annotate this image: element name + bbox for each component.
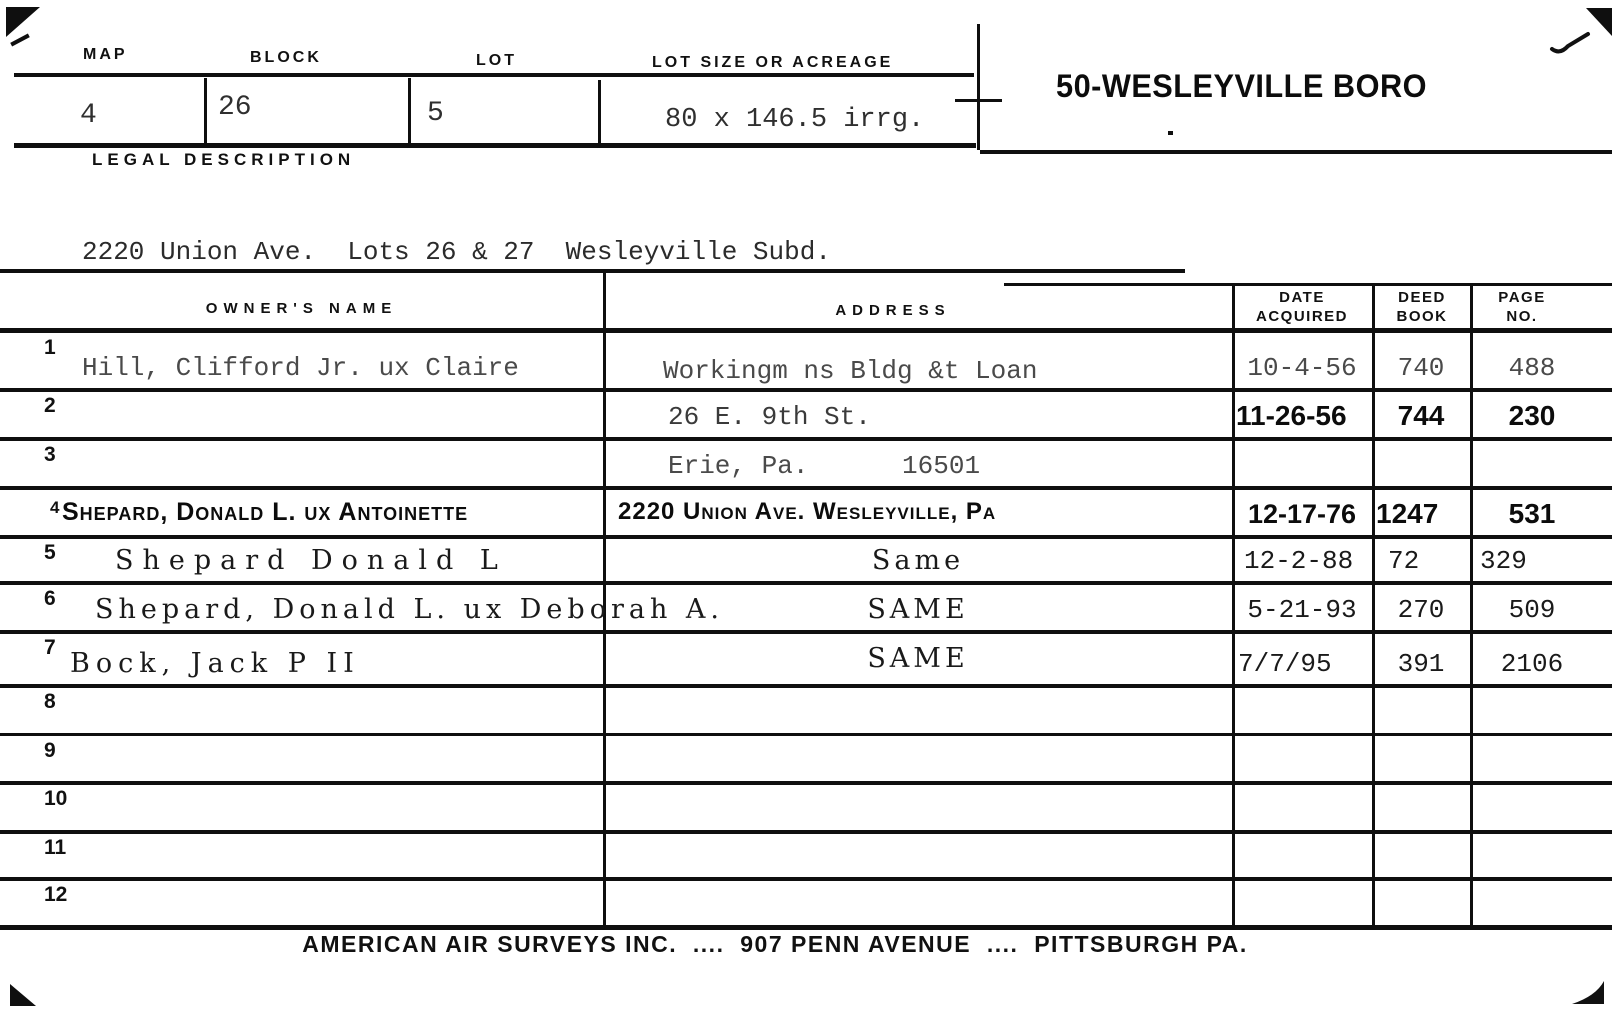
date-acquired: 12-2-88	[1234, 546, 1380, 576]
page-no: 329	[1472, 546, 1600, 576]
table-row: 10	[0, 781, 1612, 830]
check-mark-icon	[1548, 28, 1594, 60]
table-row: 3 Erie, Pa. 16501	[0, 437, 1612, 486]
column-header-owner: OWNER'S NAME	[0, 300, 603, 317]
column-header-deed-book: DEED BOOK	[1376, 288, 1468, 326]
rule	[598, 80, 601, 144]
column-header-date-acquired: DATE ACQUIRED	[1236, 288, 1368, 326]
page-no: 488	[1472, 353, 1592, 383]
corner-fold-icon	[10, 984, 36, 1006]
stray-mark	[1168, 131, 1173, 135]
address: Same	[608, 545, 1228, 576]
footer-company-line: AMERICAN AIR SURVEYS INC. .... 907 PENN …	[200, 931, 1350, 958]
block-value: 26	[218, 92, 252, 123]
date-acquired: 11-26-56	[1234, 400, 1372, 432]
table-row: 4 Shepard, Donald L. ux Antoinette 2220 …	[0, 486, 1612, 535]
field-label-block: BLOCK	[250, 49, 322, 67]
deed-book: 740	[1374, 353, 1468, 383]
page-no: 531	[1472, 498, 1592, 530]
date-acquired: 12-17-76	[1234, 499, 1370, 530]
row-number: 6	[44, 587, 56, 611]
owner-name: Shepard, Donald L. ux Deborah A.	[70, 594, 625, 625]
row-number: 7	[44, 636, 56, 660]
lot-value: 5	[427, 98, 444, 129]
rule	[204, 78, 207, 144]
row-number: 1	[44, 336, 56, 360]
legal-description-label: LEGAL DESCRIPTION	[92, 150, 355, 170]
deed-book: 72	[1374, 546, 1482, 576]
column-header-line: BOOK	[1376, 307, 1468, 326]
address: 2220 Union Ave. Wesleyville, Pa	[608, 498, 1238, 526]
deed-book: 1247	[1374, 498, 1470, 530]
row-number: 2	[44, 394, 56, 418]
deed-book: 744	[1374, 400, 1468, 432]
date-acquired: 10-4-56	[1234, 353, 1370, 383]
map-value: 4	[80, 100, 97, 131]
date-acquired: 7/7/95	[1234, 649, 1374, 679]
field-label-lot: LOT	[476, 52, 517, 70]
table-row: 2 26 E. 9th St. 11-26-56 744 230	[0, 388, 1612, 437]
column-header-page-no: PAGE NO.	[1462, 288, 1582, 326]
date-acquired: 5-21-93	[1234, 595, 1370, 625]
row-number: 5	[44, 541, 56, 565]
table-row: 6 Shepard, Donald L. ux Deborah A. SAME …	[0, 581, 1612, 630]
rule	[14, 143, 976, 148]
row-number: 10	[44, 787, 67, 811]
table-row: 11	[0, 830, 1612, 877]
pen-slash-mark	[10, 34, 30, 47]
row-number: 9	[44, 739, 56, 763]
district-title: 50-WESLEYVILLE BORO	[1056, 68, 1427, 105]
row-number: 11	[44, 836, 66, 860]
lot-size-value: 80 x 146.5 irrg.	[665, 105, 924, 135]
owner-name: Shepard, Donald L. ux Antoinette	[62, 498, 607, 527]
rule	[977, 24, 980, 150]
column-header-line: NO.	[1462, 307, 1582, 326]
address: SAME	[608, 594, 1228, 625]
owner-name: Shepard Donald L	[70, 545, 645, 576]
table-row: 7 Bock, Jack P II SAME 7/7/95 391 2106	[0, 630, 1612, 684]
property-record-card: MAP BLOCK LOT LOT SIZE OR ACREAGE 4 26 5…	[0, 0, 1612, 1015]
row-number: 8	[44, 690, 56, 714]
rule	[980, 150, 1612, 154]
table-row: 8	[0, 684, 1612, 733]
address: Erie, Pa. 16501	[608, 451, 1288, 481]
column-header-line: PAGE	[1462, 288, 1582, 307]
legal-description-value: 2220 Union Ave. Lots 26 & 27 Wesleyville…	[82, 237, 831, 267]
rule	[955, 99, 1002, 102]
corner-fold-icon	[1572, 981, 1604, 1004]
owner-name: Hill, Clifford Jr. ux Claire	[70, 353, 612, 383]
column-header-line: ACQUIRED	[1236, 307, 1368, 326]
owner-name: Bock, Jack P II	[70, 648, 600, 679]
address: 26 E. 9th St.	[608, 402, 1288, 432]
row-number: 4	[50, 498, 59, 518]
rule	[408, 78, 411, 144]
rule	[1004, 283, 1612, 286]
table-row: 9	[0, 733, 1612, 781]
page-no: 2106	[1472, 649, 1592, 679]
rule	[0, 925, 1612, 930]
rule	[14, 73, 974, 77]
rule	[0, 269, 1185, 273]
address: Workingm ns Bldg &t Loan	[608, 356, 1283, 386]
address: SAME	[608, 643, 1228, 674]
deed-book: 270	[1374, 595, 1468, 625]
deed-book: 391	[1374, 649, 1468, 679]
page-no: 509	[1472, 595, 1592, 625]
table-row: 5 Shepard Donald L Same 12-2-88 72 329	[0, 535, 1612, 581]
row-number: 12	[44, 883, 67, 907]
column-header-line: DATE	[1236, 288, 1368, 307]
page-no: 230	[1472, 400, 1592, 432]
column-header-address: ADDRESS	[603, 302, 1183, 319]
table-row: 1 Hill, Clifford Jr. ux Claire Workingm …	[0, 330, 1612, 388]
field-label-lot-size: LOT SIZE OR ACREAGE	[652, 54, 893, 72]
table-row: 12	[0, 877, 1612, 925]
corner-fold-icon	[6, 7, 40, 37]
row-number: 3	[44, 443, 56, 467]
field-label-map: MAP	[83, 46, 128, 64]
column-header-line: DEED	[1376, 288, 1468, 307]
